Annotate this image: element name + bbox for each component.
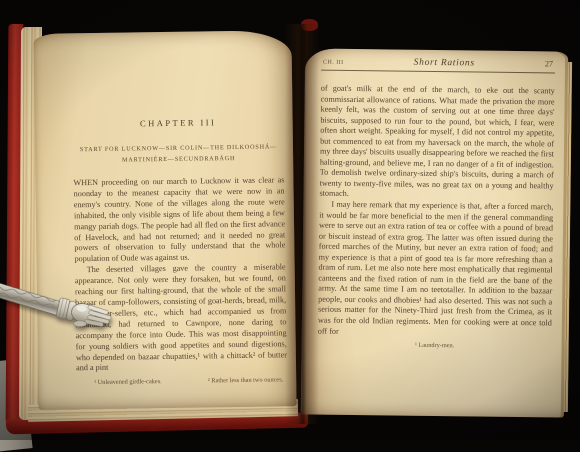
running-header-title: Short Rations bbox=[414, 58, 475, 69]
right-page-content: CH. III Short Rations 27 of goat's milk … bbox=[301, 48, 568, 417]
left-page-footnotes: ¹ Unleavened girdle-cakes. ² Rather less… bbox=[76, 377, 287, 387]
left-page-paragraph-1: WHEN proceeding on our march to Lucknow … bbox=[73, 175, 285, 265]
left-page-footnote-1: ¹ Unleavened girdle-cakes. bbox=[94, 378, 162, 386]
chapter-heading: CHAPTER III bbox=[73, 116, 284, 129]
right-page: CH. III Short Rations 27 of goat's milk … bbox=[301, 48, 568, 417]
right-page-paragraph-1: of goat's milk at the end of the march, … bbox=[319, 84, 554, 203]
left-page: CHAPTER III START FOR LUCKNOW—SIR COLIN—… bbox=[33, 30, 296, 410]
left-page-footnote-2: ² Rather less than two ounces. bbox=[208, 377, 283, 385]
running-header-chapter: CH. III bbox=[323, 60, 344, 66]
right-page-footnote: ¹ Laundry-men. bbox=[318, 341, 552, 351]
right-page-paragraph-2: I may here remark that my experience is … bbox=[318, 200, 554, 340]
book-photo: CHAPTER III START FOR LUCKNOW—SIR COLIN—… bbox=[0, 0, 580, 440]
spine-top-peek bbox=[301, 19, 318, 31]
left-page-content: CHAPTER III START FOR LUCKNOW—SIR COLIN—… bbox=[33, 30, 296, 410]
right-page-body: of goat's milk at the end of the march, … bbox=[318, 84, 555, 340]
page-number: 27 bbox=[545, 59, 553, 68]
running-header: CH. III Short Rations 27 bbox=[321, 57, 555, 74]
